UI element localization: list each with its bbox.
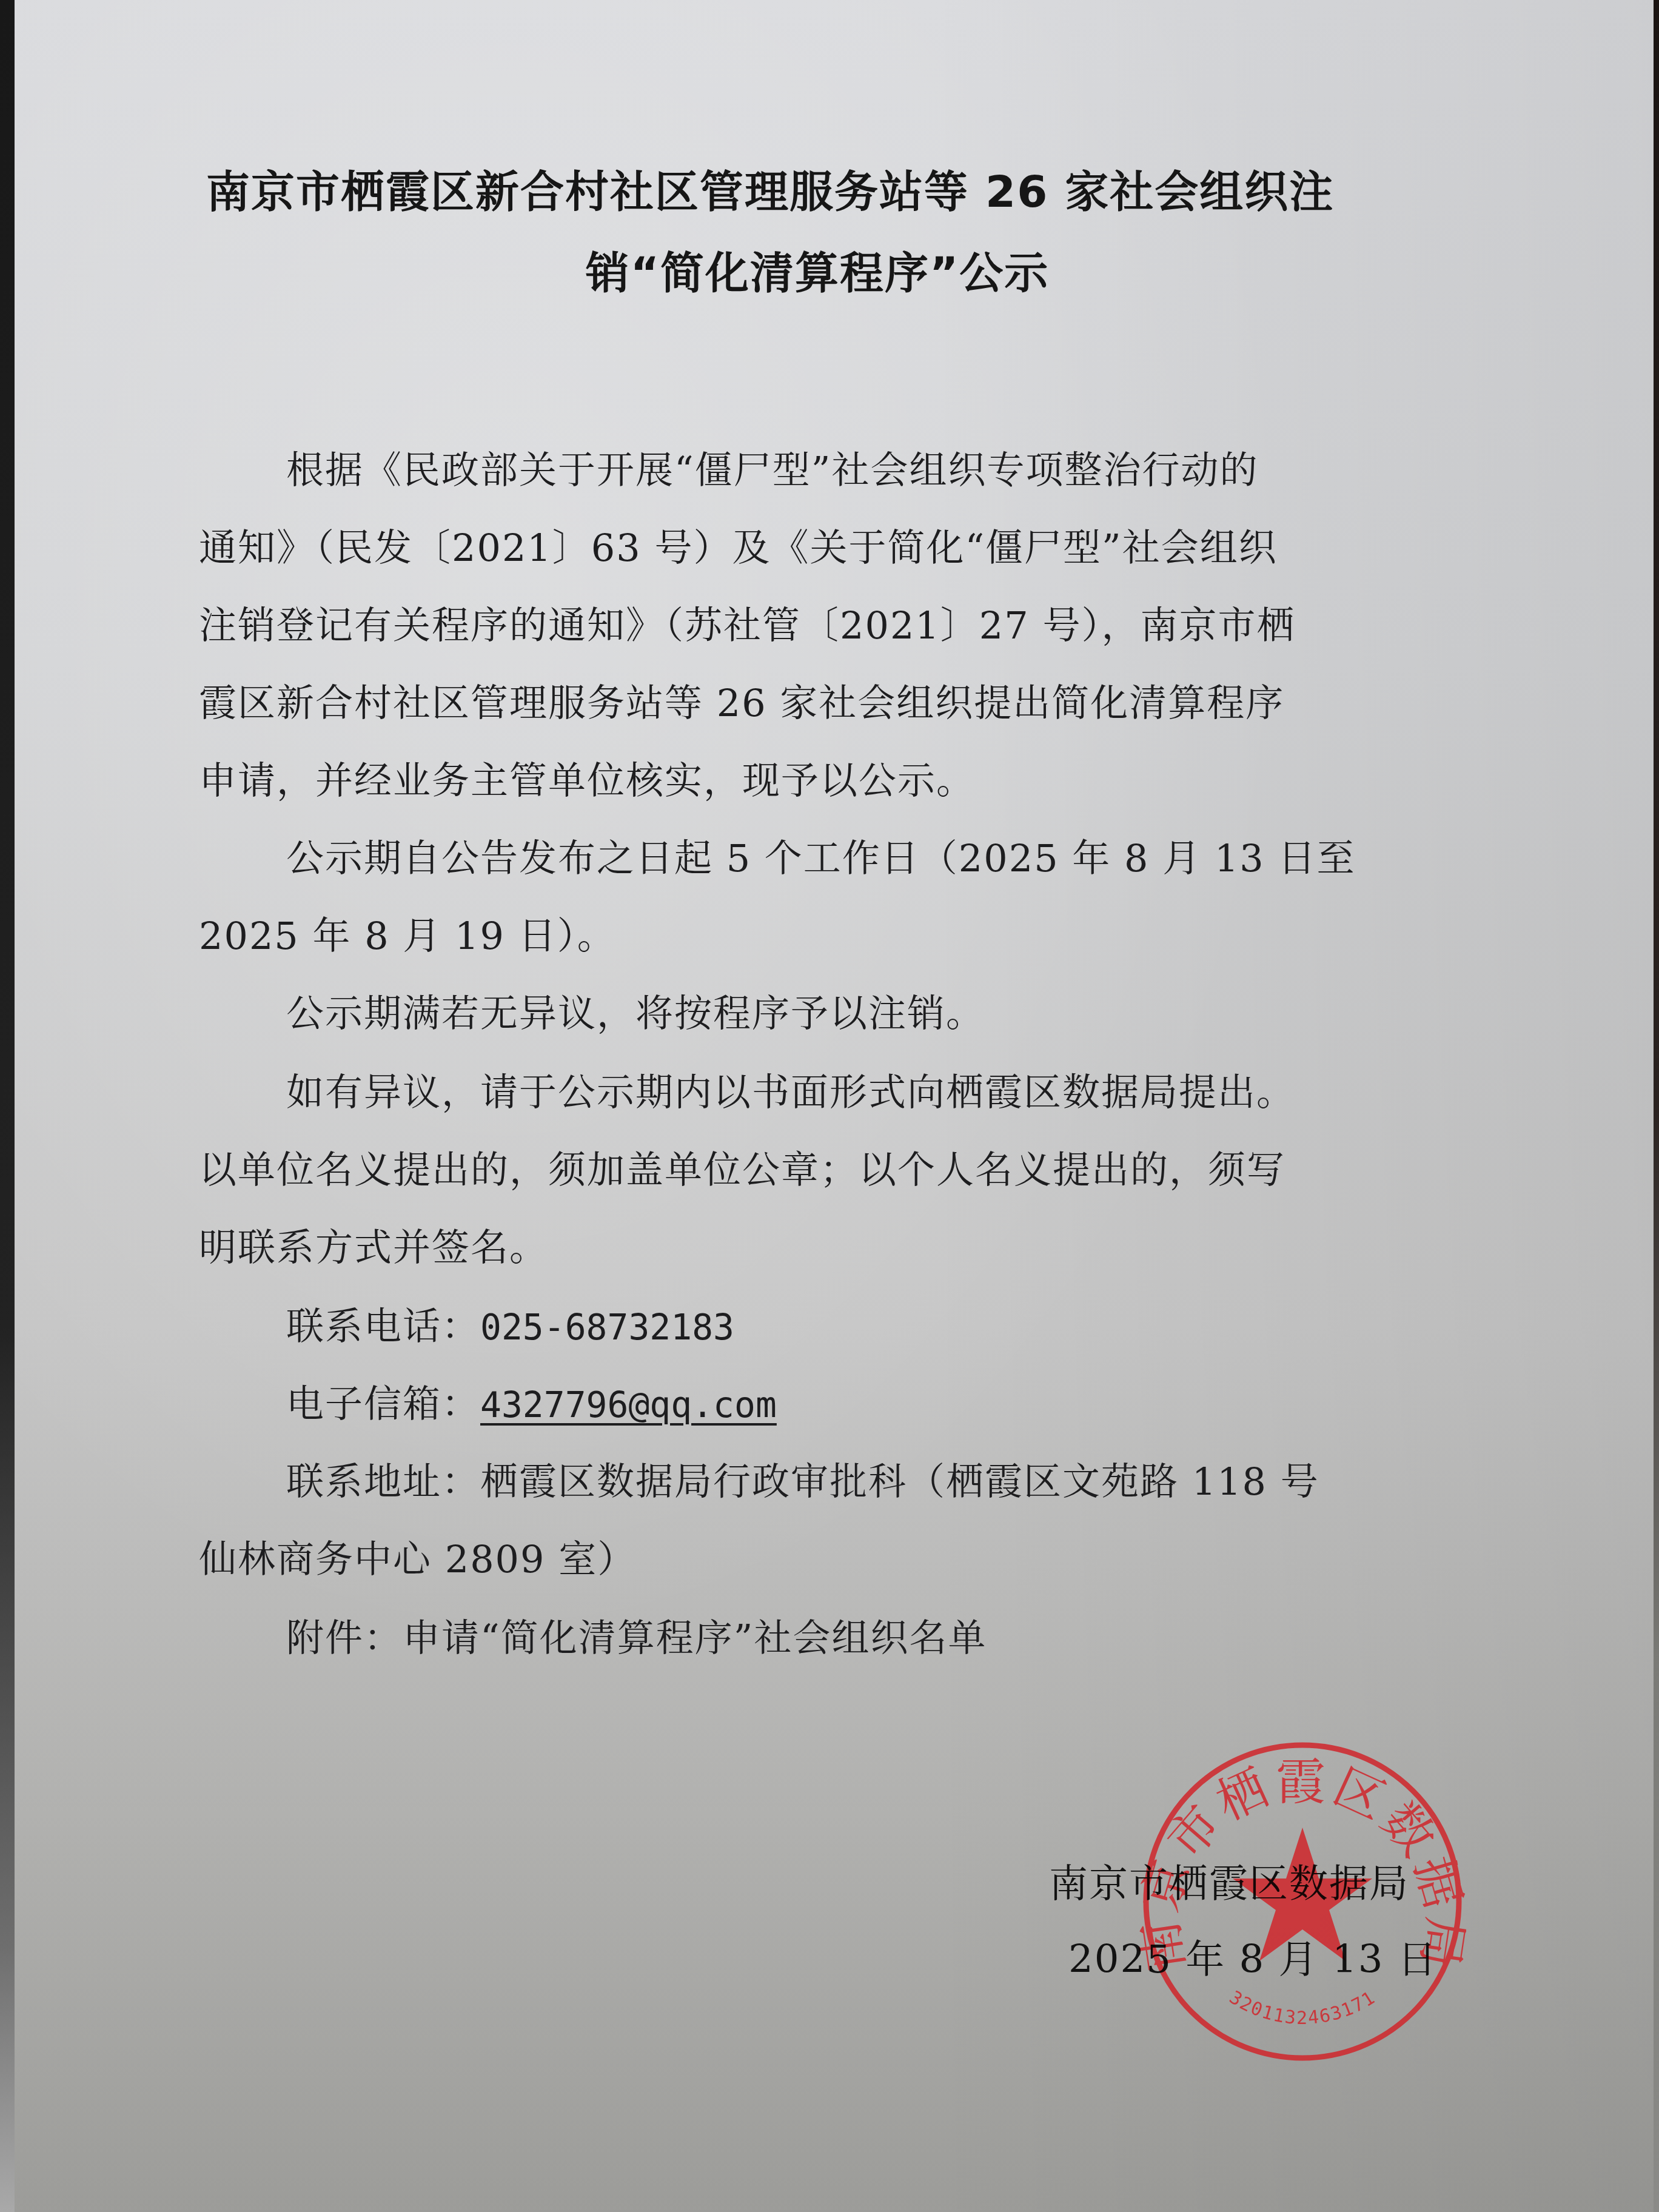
paragraph-4-line-1: 如有异议，请于公示期内以书面形式向栖霞区数据局提出。 (286, 1068, 1295, 1117)
background-left-edge (0, 0, 16, 2212)
attachment-line: 附件：申请“简化清算程序”社会组织名单 (286, 1614, 987, 1663)
signature-organization: 南京市栖霞区数据局 (1049, 1852, 1409, 1908)
contact-email: 电子信箱：4327796@qq.com (286, 1380, 777, 1429)
paragraph-4-line-3: 明联系方式并签名。 (199, 1224, 548, 1272)
paragraph-2-line-2: 2025 年 8 月 19 日）。 (199, 912, 616, 960)
paragraph-1-line-5: 申请，并经业务主管单位核实，现予以公示。 (199, 757, 975, 805)
phone-value: 025-68732183 (480, 1307, 734, 1348)
contact-phone: 联系电话：025-68732183 (286, 1302, 734, 1352)
paragraph-2-line-1: 公示期自公告发布之日起 5 个工作日（2025 年 8 月 13 日至 (286, 834, 1356, 883)
seal-serial: 3201132463171 (1225, 1987, 1379, 2029)
email-label: 电子信箱： (286, 1382, 480, 1426)
svg-text:3201132463171: 3201132463171 (1225, 1987, 1379, 2029)
document-title-line-1: 南京市栖霞区新合村社区管理服务站等 26 家社会组织注 (206, 156, 1437, 220)
document-title-line-2: 销“简化清算程序”公示 (0, 238, 1659, 301)
paragraph-3-line-1: 公示期满若无异议，将按程序予以注销。 (286, 990, 985, 1038)
email-link[interactable]: 4327796@qq.com (480, 1384, 777, 1426)
phone-label: 联系电话： (286, 1304, 480, 1349)
paragraph-1-line-2: 通知》（民发〔2021〕63 号）及《关于简化“僵尸型”社会组织 (199, 524, 1278, 572)
contact-address-line-1: 联系地址：栖霞区数据局行政审批科（栖霞区文苑路 118 号 (286, 1458, 1319, 1506)
paragraph-1-line-3: 注销登记有关程序的通知》（苏社管〔2021〕27 号），南京市栖 (199, 602, 1295, 650)
paragraph-4-line-2: 以单位名义提出的，须加盖单位公章；以个人名义提出的，须写 (199, 1146, 1285, 1195)
paragraph-1-line-4: 霞区新合村社区管理服务站等 26 家社会组织提出简化清算程序 (199, 679, 1284, 728)
paragraph-1-line-1: 根据《民政部关于开展“僵尸型”社会组织专项整治行动的 (286, 446, 1258, 495)
contact-address-line-2: 仙林商务中心 2809 室） (199, 1535, 636, 1584)
signature-date: 2025 年 8 月 13 日 (1068, 1928, 1438, 1984)
background-right-edge (1654, 0, 1659, 2212)
